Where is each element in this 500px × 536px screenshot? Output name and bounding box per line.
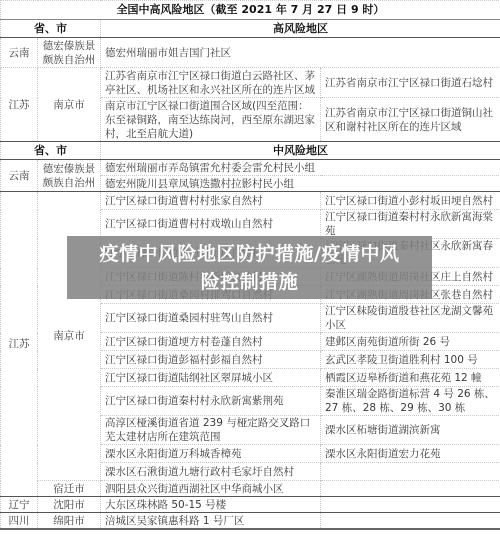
province-cell: 四川 <box>1 513 38 530</box>
area-cell: 江宁区禄口街道桑园村驻驾山自然村 <box>101 304 321 333</box>
area-cell: 江宁区禄口街道彭福村彭福自然村 <box>101 351 321 369</box>
area-cell: 建邺区南苑街道所街 26 号 <box>321 333 500 351</box>
area-cell: 江苏省南京市江宁区禄口街道石埝村 <box>321 68 500 98</box>
region-header: 省、市 <box>1 142 101 160</box>
high-risk-header: 高风险地区 <box>101 20 500 38</box>
city-cell: 德宏傣族景颇族自治州 <box>38 38 101 68</box>
area-cell: 江苏省南京市江宁区禄口街道白云路社区、茅亭社区、机场社区和永兴社区所在的连片区域 <box>101 68 321 98</box>
province-cell: 云南 <box>1 160 38 192</box>
area-cell: 德宏州瑞丽市姐吉国门社区 <box>101 38 500 68</box>
medium-risk-header-row: 省、市 中风险地区 <box>1 142 500 160</box>
city-cell: 绵阳市 <box>38 513 101 530</box>
banner-line-1: 疫情中风险地区防护措施/疫情中风 <box>67 240 432 268</box>
medium-risk-header: 中风险地区 <box>101 142 500 160</box>
area-cell: 溧水区永阳街道宏力花苑 <box>321 445 500 463</box>
area-cell: 江宁区禄口街道陆纲社区翠屏城小区 <box>101 369 321 387</box>
table-row: 江苏 南京市 江苏省南京市江宁区禄口街道白云路社区、茅亭社区、机场社区和永兴社区… <box>1 68 500 98</box>
area-cell: 南京市江宁区禄口街道围合区域(四至范围：东至禄铜路，南至达练岗河，西至原东湖迟家… <box>101 98 321 142</box>
area-cell: 泗阳县众兴街道西湖社区中华商城小区 <box>101 481 321 497</box>
area-cell: 江宁区禄口街道曹村村戏墩山自然村 <box>101 210 321 239</box>
city-cell: 宿迁市 <box>38 481 101 497</box>
table-row: 江苏 南京市 江宁区禄口街道曹村村张家自然村 江宁区禄口街道小彭村坂田埂自然村 <box>1 192 500 210</box>
area-cell: 溧水区永阳街道万科城香樟苑 <box>101 445 321 463</box>
province-cell: 江苏 <box>1 192 38 497</box>
area-cell: 栖霞区迈皋桥街道和燕花苑 12 幢 <box>321 369 500 387</box>
table-row: 辽宁 沈阳市 大东区珠林路 50-15 号楼 <box>1 497 500 513</box>
table-row: 宿迁市 泗阳县众兴街道西湖社区中华商城小区 <box>1 481 500 497</box>
table-title-row: 全国中高风险地区（截至 2021 年 7 月 27 日 9 时） <box>1 1 500 20</box>
city-cell: 沈阳市 <box>38 497 101 513</box>
table-title: 全国中高风险地区（截至 2021 年 7 月 27 日 9 时） <box>1 1 500 20</box>
area-cell <box>321 513 500 530</box>
area-cell: 江宁区禄口街道秦村村永欣新寓海棠苑 <box>321 210 500 239</box>
city-cell: 南京市 <box>38 68 101 142</box>
area-cell: 高淳区桠溪街道省道 239 与桠定路交叉路口芜太建材店所在建筑范围 <box>101 416 321 445</box>
city-cell: 南京市 <box>38 192 101 481</box>
area-cell: 溧水区柘塘街道湖滨新寓 <box>321 416 500 445</box>
area-cell: 江宁区禄口街道曹村村张家自然村 <box>101 192 321 210</box>
province-cell: 云南 <box>1 38 38 68</box>
area-cell <box>321 463 500 481</box>
table-row: 云南 德宏傣族景颇族自治州 德宏州瑞丽市姐吉国门社区 <box>1 38 500 68</box>
area-cell: 江宁区秣陵街道殷巷社区龙湖文馨苑小区 <box>321 304 500 333</box>
area-cell: 涪城区吴家镇惠科路 1 号厂区 <box>101 513 321 530</box>
banner-line-2: 险控制措施 <box>67 268 432 296</box>
area-cell: 江宁区禄口街道埂方村卷蓬自然村 <box>101 333 321 351</box>
area-cell <box>321 481 500 497</box>
high-risk-header-row: 省、市 高风险地区 <box>1 20 500 38</box>
area-cell: 德宏州瑞丽市弄岛镇雷允村委会雷允村民小组 <box>101 160 500 176</box>
area-cell: 江苏省南京市江宁区禄口街道铜山社区和谢村社区所在的连片区域 <box>321 98 500 142</box>
city-cell: 德宏傣族景颇族自治州 <box>38 160 101 192</box>
table-row: 云南 德宏傣族景颇族自治州 德宏州瑞丽市弄岛镇雷允村委会雷允村民小组 <box>1 160 500 176</box>
area-cell: 秦淮区瑞金路街道标营 4 号 26 栋、27 栋、28 栋、29 栋、30 栋 <box>321 387 500 416</box>
table-row: 四川 绵阳市 涪城区吴家镇惠科路 1 号厂区 <box>1 513 500 530</box>
area-cell <box>321 497 500 513</box>
area-cell: 德宏州陇川县章凤镇迭撒村拉影村民小组 <box>101 176 500 192</box>
area-cell: 玄武区孝陵卫街道胜利村 100 号 <box>321 351 500 369</box>
area-cell: 江宁区禄口街道秦村村永欣新寓紫荆苑 <box>101 387 321 416</box>
area-cell: 大东区珠林路 50-15 号楼 <box>101 497 321 513</box>
area-cell: 溧水区石湫街道九塘行政村毛家圩自然村 <box>101 463 321 481</box>
province-cell: 江苏 <box>1 68 38 142</box>
area-cell: 江宁区禄口街道小彭村坂田埂自然村 <box>321 192 500 210</box>
province-cell: 辽宁 <box>1 497 38 513</box>
region-header: 省、市 <box>1 20 101 38</box>
article-title-banner: 疫情中风险地区防护措施/疫情中风 险控制措施 <box>67 236 432 299</box>
